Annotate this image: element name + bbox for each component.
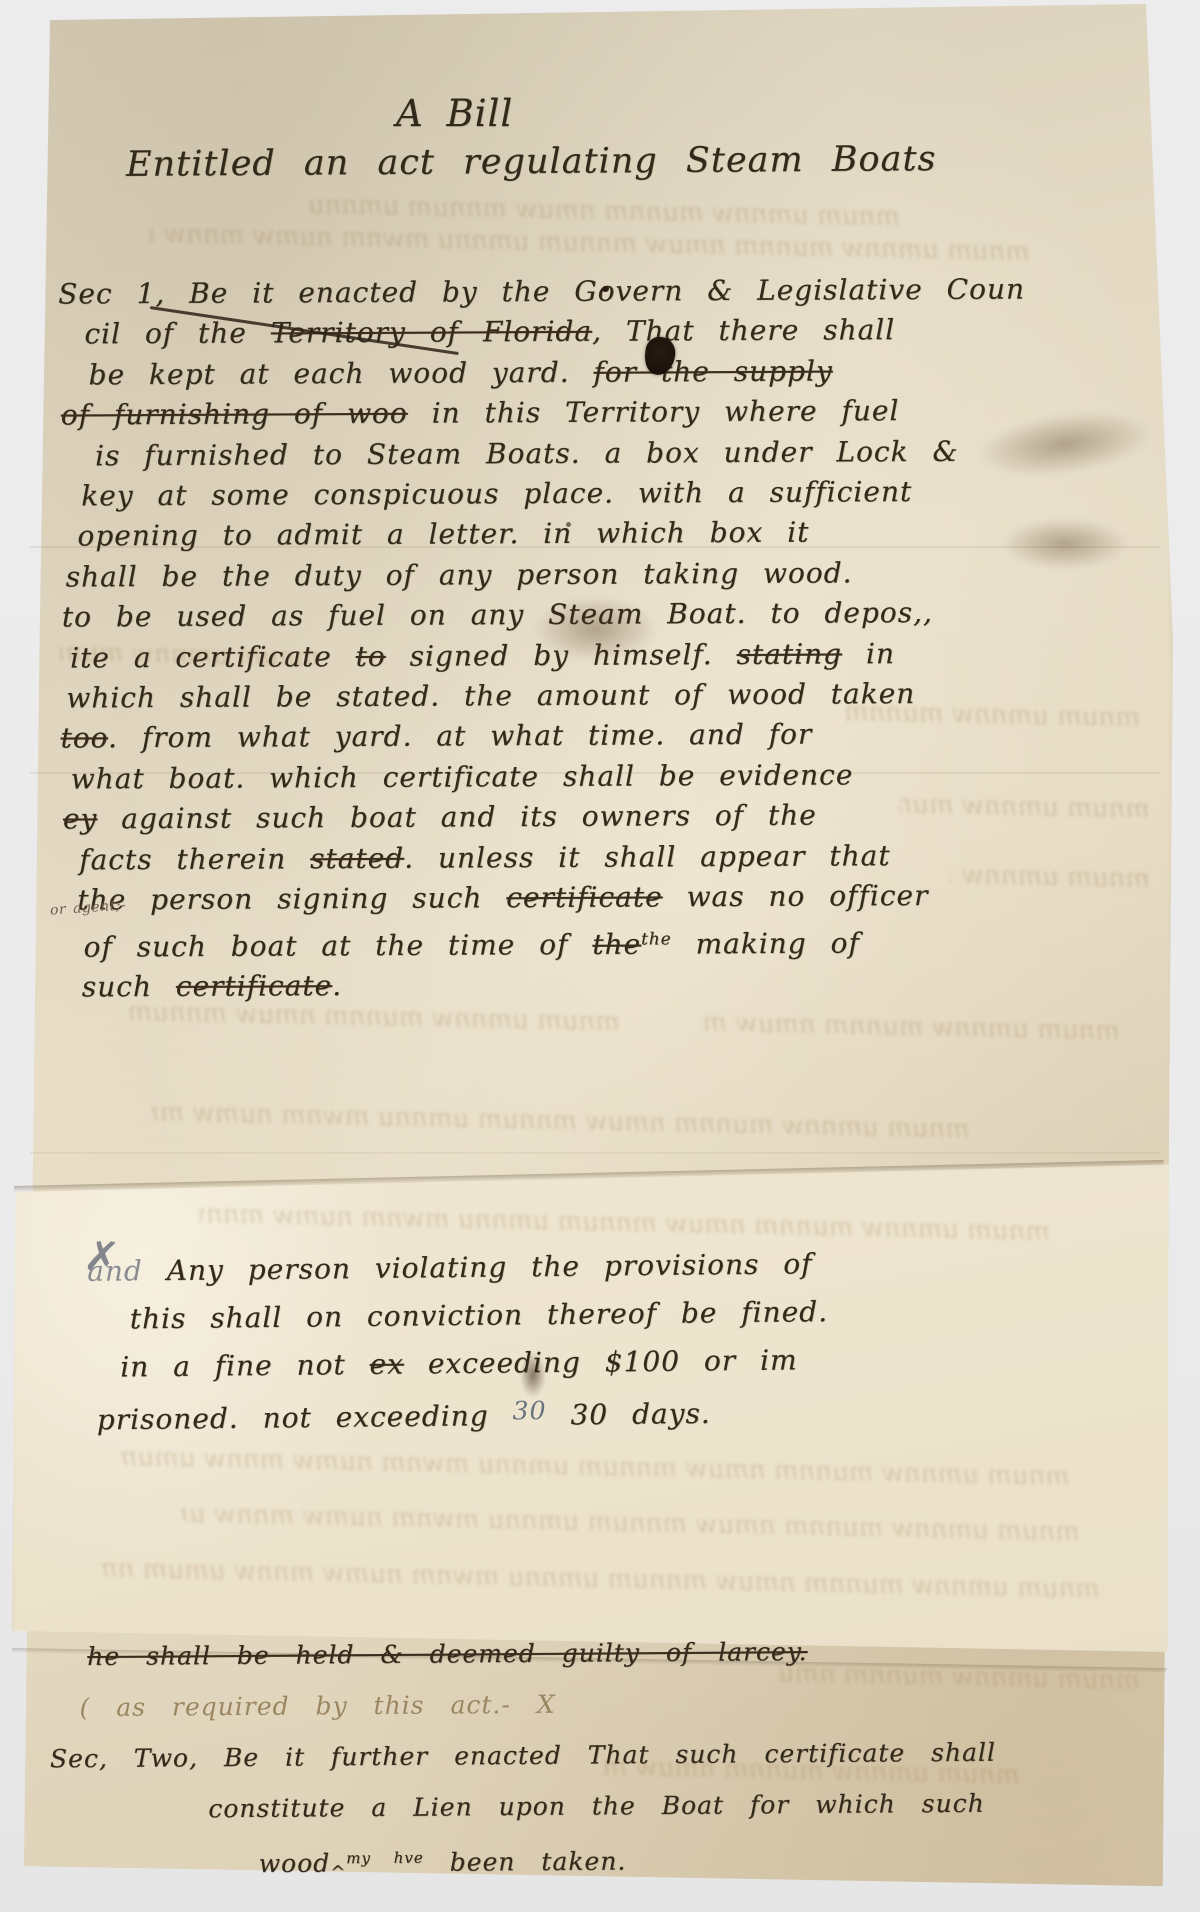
bleedthrough-text: mnum umnnw munnm nmuw mnnum umnnu mwnm n… [900,789,1151,826]
manuscript-line: Sec, Two, Be it further enacted That suc… [50,1727,996,1785]
margin-note: or agent;- [50,897,127,918]
manuscript-line: opening to admit a letter. in which box … [77,512,1026,557]
manuscript-line: wood^my hve been taken. [258,1829,996,1899]
section-1-text: Sec 1, Be it enacted by the Govern & Leg… [58,269,1029,1008]
manuscript-line: he shall be held & deemed guilty of larc… [87,1625,995,1682]
manuscript-line: key at some conspicuous place. with a su… [81,472,1026,517]
ink-blot [643,336,677,377]
overlay-slip [0,0,1200,1912]
document-title: A Bill [396,92,513,135]
manuscript-line: cil of the Territory of Florida, That th… [84,310,1025,355]
manuscript-line: what boat. which certificate shall be ev… [71,754,1028,799]
paper-crease [30,546,1160,548]
manuscript-line: is furnished to Steam Boats. a box under… [95,431,1026,476]
manuscript-line: this shall on conviction thereof be fine… [129,1288,828,1343]
section-2-text: he shall be held & deemed guilty of larc… [49,1625,997,1901]
sheet-edge-seam [14,1160,1164,1192]
bleedthrough-text: mnum umnnw munnm nmuw mnnum umnnu mwnm n… [180,1499,1080,1550]
bleedthrough-text: mnum umnnw munnm nmuw mnnum umnnu mwnm n… [200,1199,1050,1249]
manuscript-line: of such boat at the time of thethe makin… [83,916,1028,968]
manuscript-line: in a fine not ex exceeding $100 or im [120,1336,829,1391]
manuscript-line: the person signing such certificate was … [77,876,1028,921]
bleedthrough-text: mnum umnnw munnm nmuw mnnum umnnu mwnm n… [300,190,901,235]
ink-dot [602,286,609,292]
manuscript-line: ( as required by this act.- X [79,1676,995,1733]
manuscript-line: too. from what yard. at what time. and f… [60,714,1027,759]
manuscript-line: and Any person violating the provisions … [87,1240,828,1296]
manuscript-line: Sec 1, Be it enacted by the Govern & Leg… [58,269,1025,314]
ink-dot [566,522,571,527]
bleedthrough-text: mnum umnnw munnm nmuw mnnum umnnu mwnm n… [950,860,1151,896]
bleedthrough-text: mnum umnnw munnm nmuw mnnum umnnu mwnm n… [120,1442,1070,1494]
bleedthrough-text: mnum umnnw munnm nmuw mnnum umnnu mwnm n… [840,697,1141,735]
manuscript-line: facts therein stated. unless it shall ap… [79,835,1028,880]
manuscript-sheet [0,0,1200,1912]
manuscript-line: ey against such boat and its owners of t… [63,795,1028,840]
manuscript-line: such certificate. [82,963,1029,1008]
pencil-x-mark: ✗ [82,1230,123,1283]
bleedthrough-text: mnum umnnw munnm nmuw mnnum umnnu mwnm n… [60,637,321,674]
manuscript-line: to be used as fuel on any Steam Boat. to… [62,593,1027,638]
bleedthrough-text: mnum umnnw munnm nmuw mnnum umnnu mwnm n… [150,1097,970,1146]
paper-crease [30,1152,1160,1154]
slip-penalty-text: and Any person violating the provisions … [87,1240,829,1444]
ink-smudge [533,596,658,662]
bleedthrough-text: mnum umnnw munnm nmuw mnnum umnnu mwnm n… [120,997,621,1039]
bleedthrough-text: mnum umnnw munnm nmuw mnnum umnnu mwnm n… [780,1658,1141,1698]
deletion-stroke [150,306,459,355]
document-photo: mnum umnnw munnm nmuw mnnum umnnu mwnm n… [0,0,1200,1912]
bleedthrough-text: mnum umnnw munnm nmuw mnnum umnnu mwnm n… [150,219,1030,269]
document-subtitle: Entitled an act regulating Steam Boats [126,139,937,185]
bleedthrough-text: mnum umnnw munnm nmuw mnnum umnnu mwnm n… [100,1554,1100,1607]
ink-smudge [972,401,1159,487]
paper-crease [30,772,1160,774]
ink-smudge [1000,518,1130,570]
ink-smudge [520,1352,546,1398]
manuscript-line: prisoned. not exceeding 30 30 days. [96,1384,829,1444]
manuscript-line: ite a certificate to signed by himself. … [70,633,1027,678]
manuscript-line: shall be the duty of any person taking w… [66,552,1027,597]
manuscript-line: be kept at each wood yard. for the suppl… [89,350,1026,395]
slip-edge-seam [12,1648,1167,1673]
manuscript-line: constitute a Lien upon the Boat for whic… [208,1778,996,1835]
bleedthrough-text: mnum umnnw munnm nmuw mnnum umnnu mwnm n… [600,1752,1021,1793]
bleedthrough-text: mnum umnnw munnm nmuw mnnum umnnu mwnm n… [700,1008,1121,1049]
manuscript-line: which shall be stated. the amount of woo… [66,674,1027,719]
manuscript-line: of furnishing of woo in this Territory w… [61,391,1026,436]
